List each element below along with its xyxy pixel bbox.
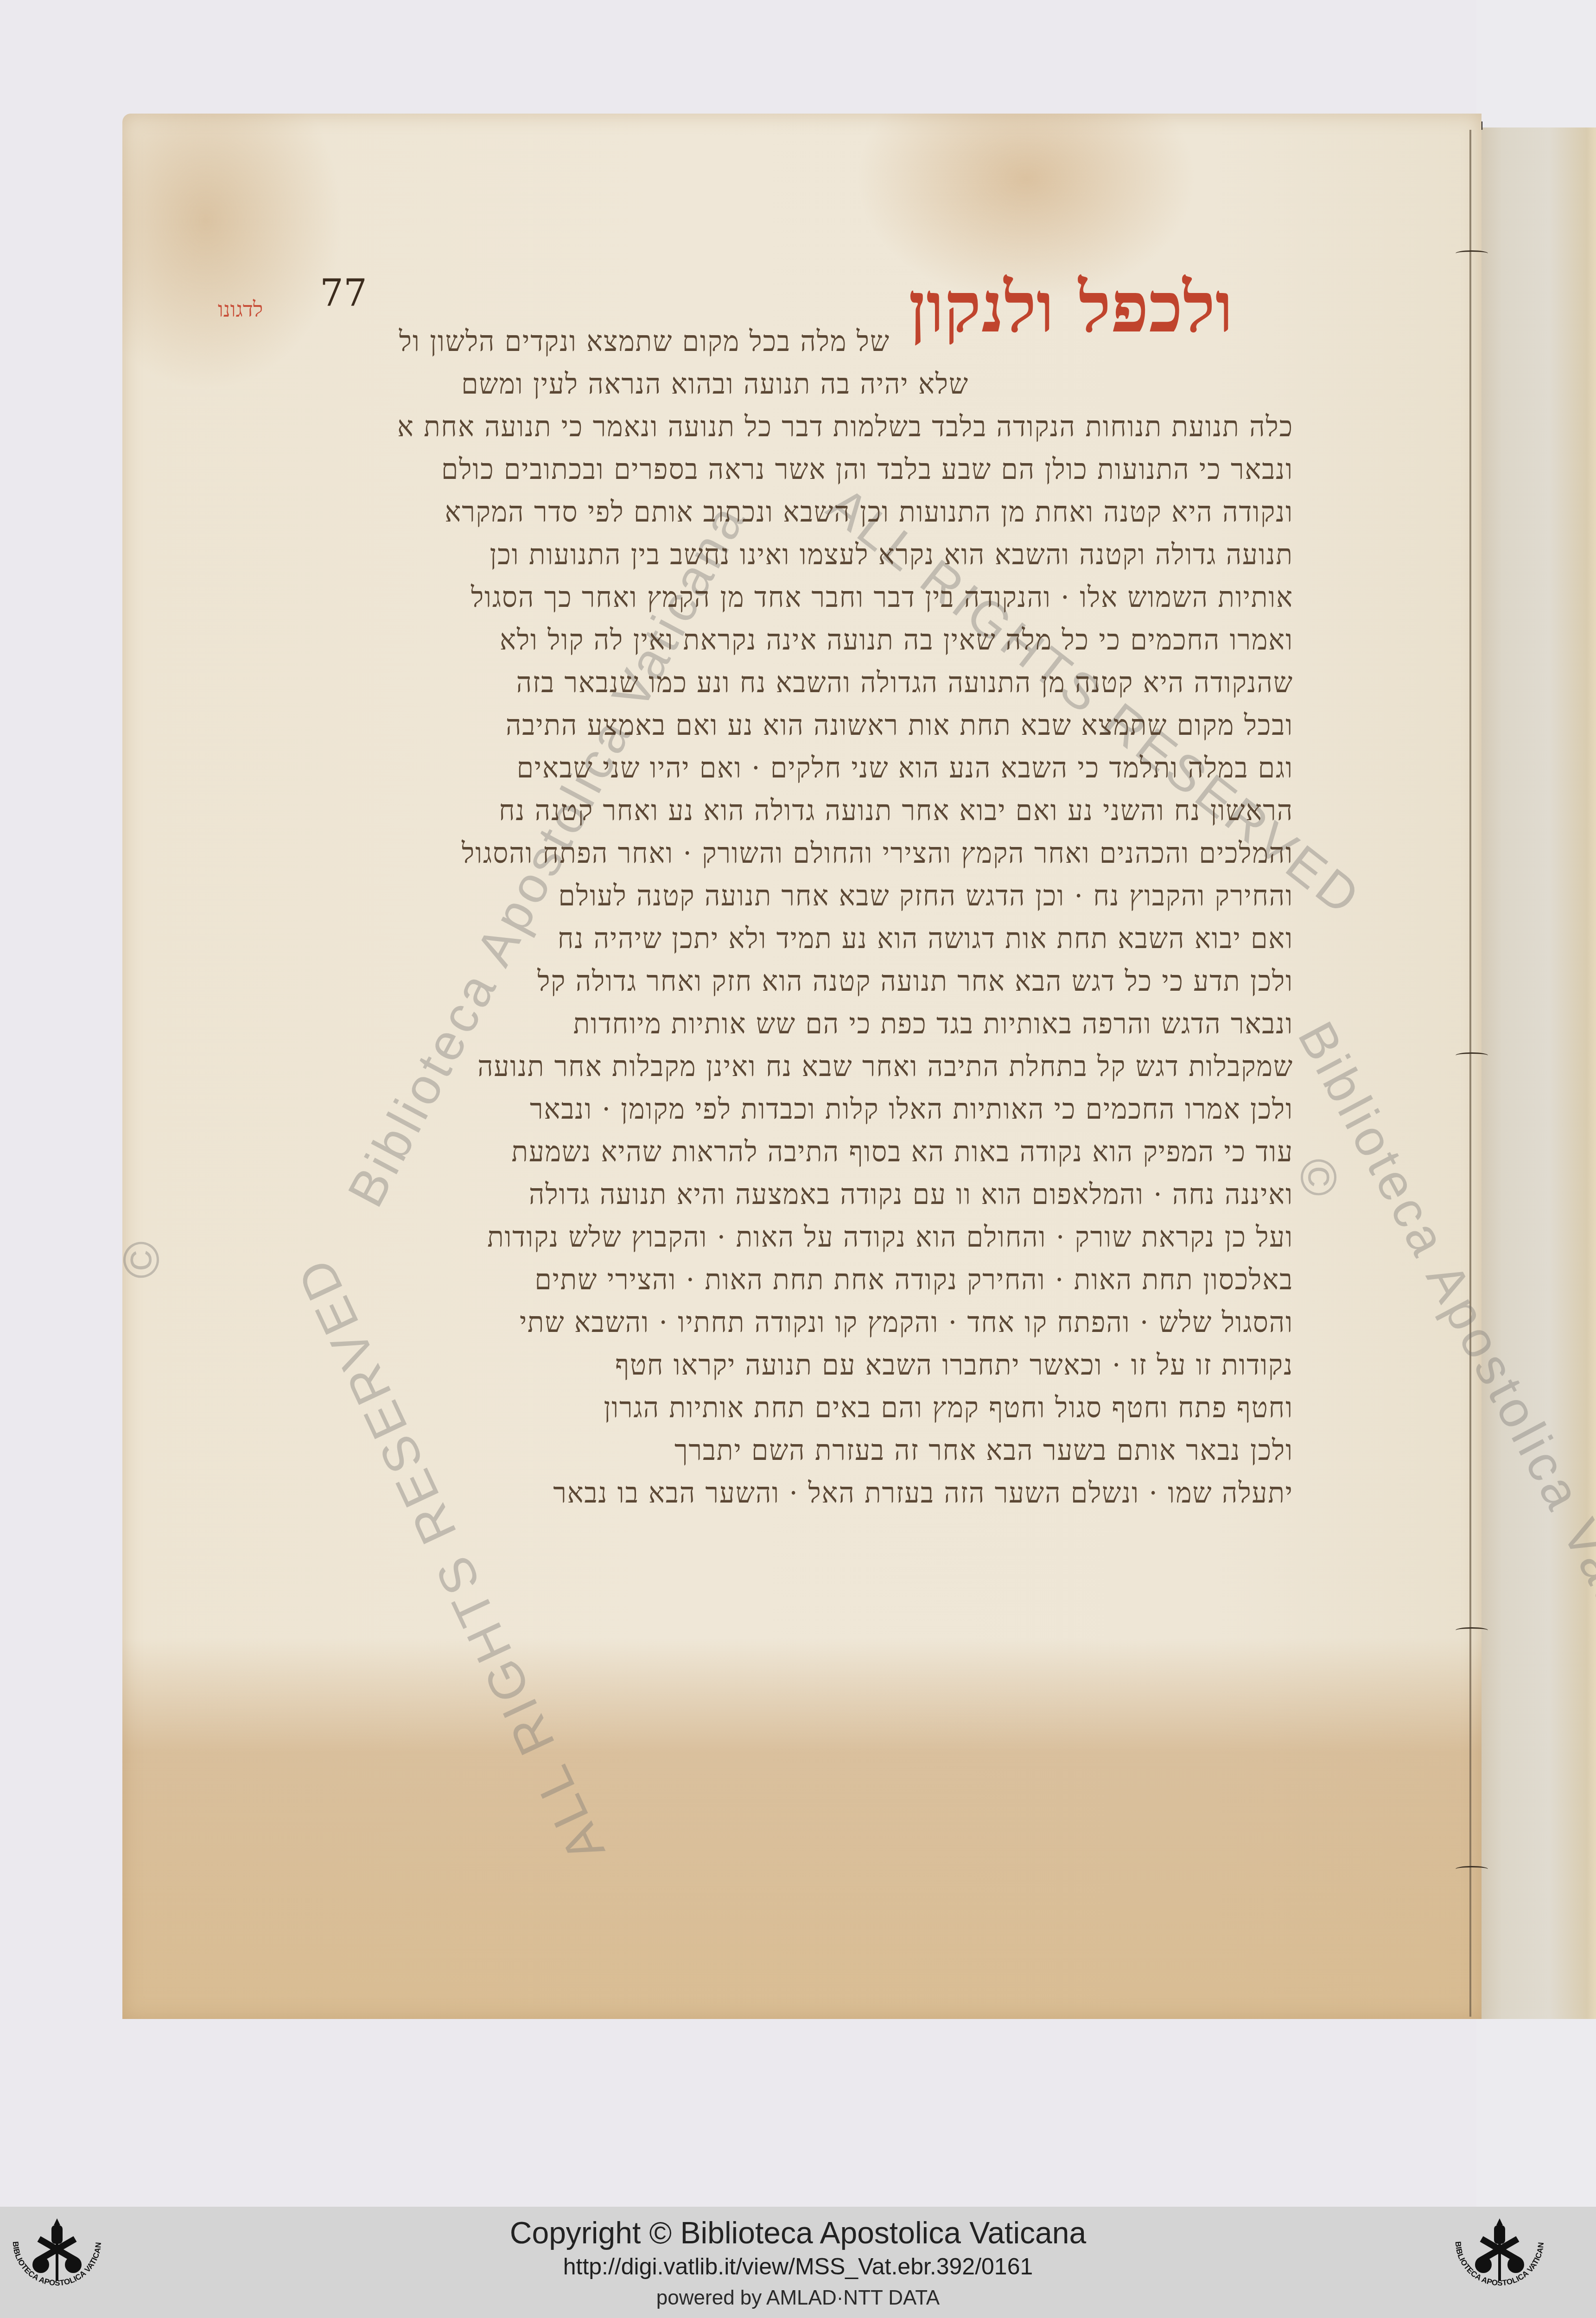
text-line: הראשון נח והשני נע ואם יבוא אחר תנועה גד… — [399, 789, 1293, 832]
text-line: והסגול שלש · והפתח קו אחד · והקמץ קו ונק… — [399, 1301, 1293, 1344]
scan-background: Biblioteca Apostolica Vaticana © ALL RIG… — [0, 0, 1596, 2207]
binding-gutter — [1469, 130, 1471, 2017]
binding-stitch — [1456, 1052, 1488, 1058]
binding-stitch — [1456, 1627, 1488, 1633]
powered-by-credit: powered by AMLAD·NTT DATA — [0, 2286, 1596, 2310]
text-line: ולכן תדע כי כל דגש הבא אחר תנועה קטנה הו… — [399, 960, 1293, 1002]
text-line: של מלה בכל מקום שתמצא ונקדים הלשון ולא — [399, 320, 890, 363]
text-line: וחטף פתח וחטף סגול וחטף קמץ והם באים תחת… — [399, 1386, 1293, 1429]
text-line: ולכן אמרו החכמים כי האותיות האלו קלות וכ… — [399, 1088, 1293, 1130]
text-line: ואיננה נחה · והמלאפום הוא וו עם נקודה בא… — [399, 1173, 1293, 1216]
copyright-footer: BIBLIOTECA APOSTOLICA VATICANA Copyright… — [0, 2207, 1596, 2318]
watermark-copyright-right: © — [1289, 1159, 1348, 1200]
folio-number: 77 — [320, 271, 367, 314]
text-line: ואם יבוא השבא תחת אות דגושה הוא נע תמיד … — [399, 917, 1293, 960]
text-line: נקודות זו על זו · וכאשר יתחברו השבא עם ת… — [399, 1344, 1293, 1386]
manuscript-url[interactable]: http://digi.vatlib.it/view/MSS_Vat.ebr.3… — [0, 2253, 1596, 2280]
binding-stitch — [1456, 250, 1488, 256]
watermark-copyright-left: © — [112, 1237, 171, 1279]
manuscript-text-block: של מלה בכל מקום שתמצא ונקדים הלשון ולא ש… — [399, 320, 1293, 1514]
vatican-library-seal-icon: BIBLIOTECA APOSTOLICA VATICANA — [1446, 2214, 1553, 2311]
text-line: ונבאר הדגש והרפה באותיות בגד כפת כי הם ש… — [399, 1002, 1293, 1045]
text-line: עוד כי המפיק הוא נקודה באות הא בסוף התיב… — [399, 1130, 1293, 1173]
text-line: וגם במלה ותלמד כי השבא הנע הוא שני חלקים… — [399, 746, 1293, 789]
text-line: באלכסון תחת האות · והחירק נקודה אחת תחת … — [399, 1258, 1293, 1301]
copyright-notice: Copyright © Biblioteca Apostolica Vatica… — [0, 2215, 1596, 2250]
text-line: ולכן נבאר אותם בשער הבא אחר זה בעזרת השם… — [399, 1429, 1293, 1471]
text-line: אותיות השמוש אלו · והנקודה בין דבר וחבר … — [399, 576, 1293, 618]
text-line: יתעלה שמו · ונשלם השער הזה בעזרת האל · ו… — [399, 1471, 1293, 1514]
text-line: שמקבלות דגש קל בתחלת התיבה ואחר שבא נח ו… — [399, 1045, 1293, 1088]
text-line: ובכל מקום שתמצא שבא תחת אות ראשונה הוא נ… — [399, 704, 1293, 746]
binding-stitch — [1456, 1866, 1488, 1872]
text-line: כלה תנועת תנוחות הנקודה בלבד בשלמות דבר … — [399, 405, 1293, 448]
margin-note-red: לדגונו — [218, 297, 263, 322]
text-line: תנועה גדולה וקטנה והשבא הוא נקרא לעצמו ו… — [399, 533, 1293, 576]
text-line: שהנקודה היא קטנה מן התנועה הגדולה והשבא … — [399, 661, 1293, 704]
text-line: ואמרו החכמים כי כל מלה שאין בה תנועה אינ… — [399, 618, 1293, 661]
text-line: והמלכים והכהנים ואחר הקמץ והצירי והחולם … — [399, 832, 1293, 874]
adjacent-leaf-edge — [1479, 127, 1596, 2019]
text-line: ונקודה היא קטנה ואחת מן התנועות וכן השבא… — [399, 490, 1293, 533]
text-line: ונבאר כי התנועות כולן הם שבע בלבד והן אש… — [399, 448, 1293, 490]
text-line: ועל כן נקראת שורק · והחולם הוא נקודה על … — [399, 1216, 1293, 1258]
text-line: שלא יהיה בה תנועה ובהוא הנראה לעין ומשם — [399, 363, 969, 405]
text-line: והחירק והקבוץ נח · וכן הדגש החזק שבא אחר… — [399, 874, 1293, 917]
